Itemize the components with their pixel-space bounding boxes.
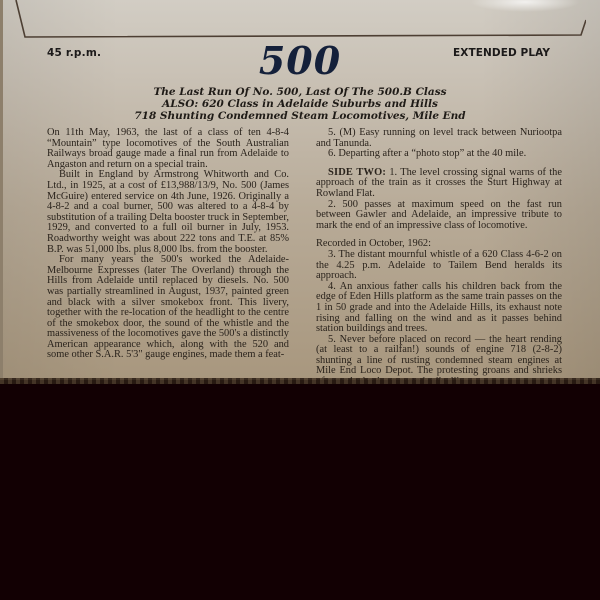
paragraph: On 11th May, 1963, the last of a class o… bbox=[47, 128, 289, 170]
track-note: 3. The distant mournful whistle of a 620… bbox=[316, 250, 562, 282]
paragraph: Built in England by Armstrong Whitworth … bbox=[47, 170, 289, 255]
record-sleeve: 45 r.p.m. 500 EXTENDED PLAY The Last Run… bbox=[0, 0, 600, 380]
side-two-label: SIDE TWO: bbox=[328, 167, 386, 178]
notes-left-column: On 11th May, 1963, the last of a class o… bbox=[47, 128, 289, 361]
record-title: 500 bbox=[0, 38, 600, 83]
subtitle-line: The Last Run Of No. 500, Last Of The 500… bbox=[0, 86, 600, 98]
track-note: 5. Never before placed on record — the h… bbox=[316, 335, 562, 380]
dark-background bbox=[0, 384, 600, 600]
notes-right-column: 5. (M) Easy running on level track betwe… bbox=[316, 128, 562, 380]
track-note: 2. 500 passes at maximum speed on the fa… bbox=[316, 200, 562, 232]
track-note: 5. (M) Easy running on level track betwe… bbox=[316, 128, 562, 149]
track-note: 6. Departing after a “photo stop” at the… bbox=[316, 149, 562, 160]
track-note: 4. An anxious father calls his children … bbox=[316, 282, 562, 335]
sleeve-flap-outline bbox=[8, 0, 586, 38]
record-sleeve-photo: 45 r.p.m. 500 EXTENDED PLAY The Last Run… bbox=[0, 0, 600, 600]
subtitle-line: 718 Shunting Condemned Steam Locomotives… bbox=[0, 110, 600, 122]
subtitle-block: The Last Run Of No. 500, Last Of The 500… bbox=[0, 86, 600, 122]
light-glare bbox=[470, 0, 580, 12]
subtitle-line: ALSO: 620 Class in Adelaide Suburbs and … bbox=[0, 98, 600, 110]
side-two-section: SIDE TWO: 1. The level crossing signal w… bbox=[316, 168, 562, 200]
paragraph: For many years the 500's worked the Adel… bbox=[47, 255, 289, 361]
format-label: EXTENDED PLAY bbox=[453, 47, 550, 59]
sleeve-header: 45 r.p.m. 500 EXTENDED PLAY bbox=[0, 44, 600, 84]
